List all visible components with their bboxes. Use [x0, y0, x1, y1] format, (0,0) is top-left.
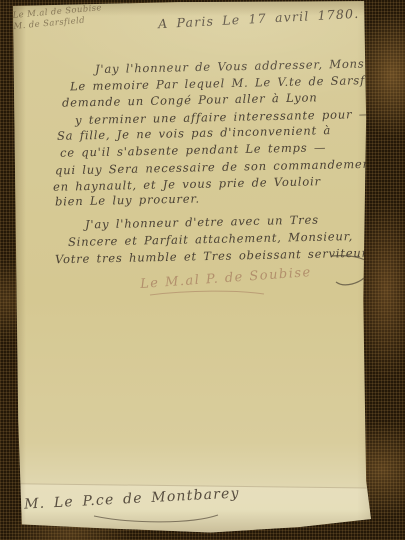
body-line: bien Le luy procurer. [55, 191, 200, 208]
docket-flourish [92, 512, 222, 526]
closing-flourish [330, 252, 380, 292]
body-line: demande un Congé Pour aller à Lyon [62, 90, 318, 109]
corner-note: Le M.al de Soubise M. de Sarsfield [12, 3, 103, 33]
body-line: Le memoire Par lequel M. Le V.te de Sars… [70, 73, 390, 94]
signature-flourish [148, 289, 268, 299]
photograph-of-letter: Le M.al de Soubise M. de Sarsfield A Par… [0, 0, 405, 540]
letter-paper: Le M.al de Soubise M. de Sarsfield A Par… [0, 0, 405, 540]
body-line: ce qu'il s'absente pendant Le temps — [60, 140, 326, 160]
closing-line: J'ay l'honneur d'etre avec un Tres [85, 213, 319, 232]
dateline: A Paris Le 17 avril 1780. [158, 6, 360, 32]
closing-line: Votre tres humble et Tres obeissant serv… [55, 246, 368, 267]
body-line: qui luy Sera necessaire de son commandem… [55, 157, 376, 178]
signature: Le M.al P. de Soubise [140, 265, 313, 292]
